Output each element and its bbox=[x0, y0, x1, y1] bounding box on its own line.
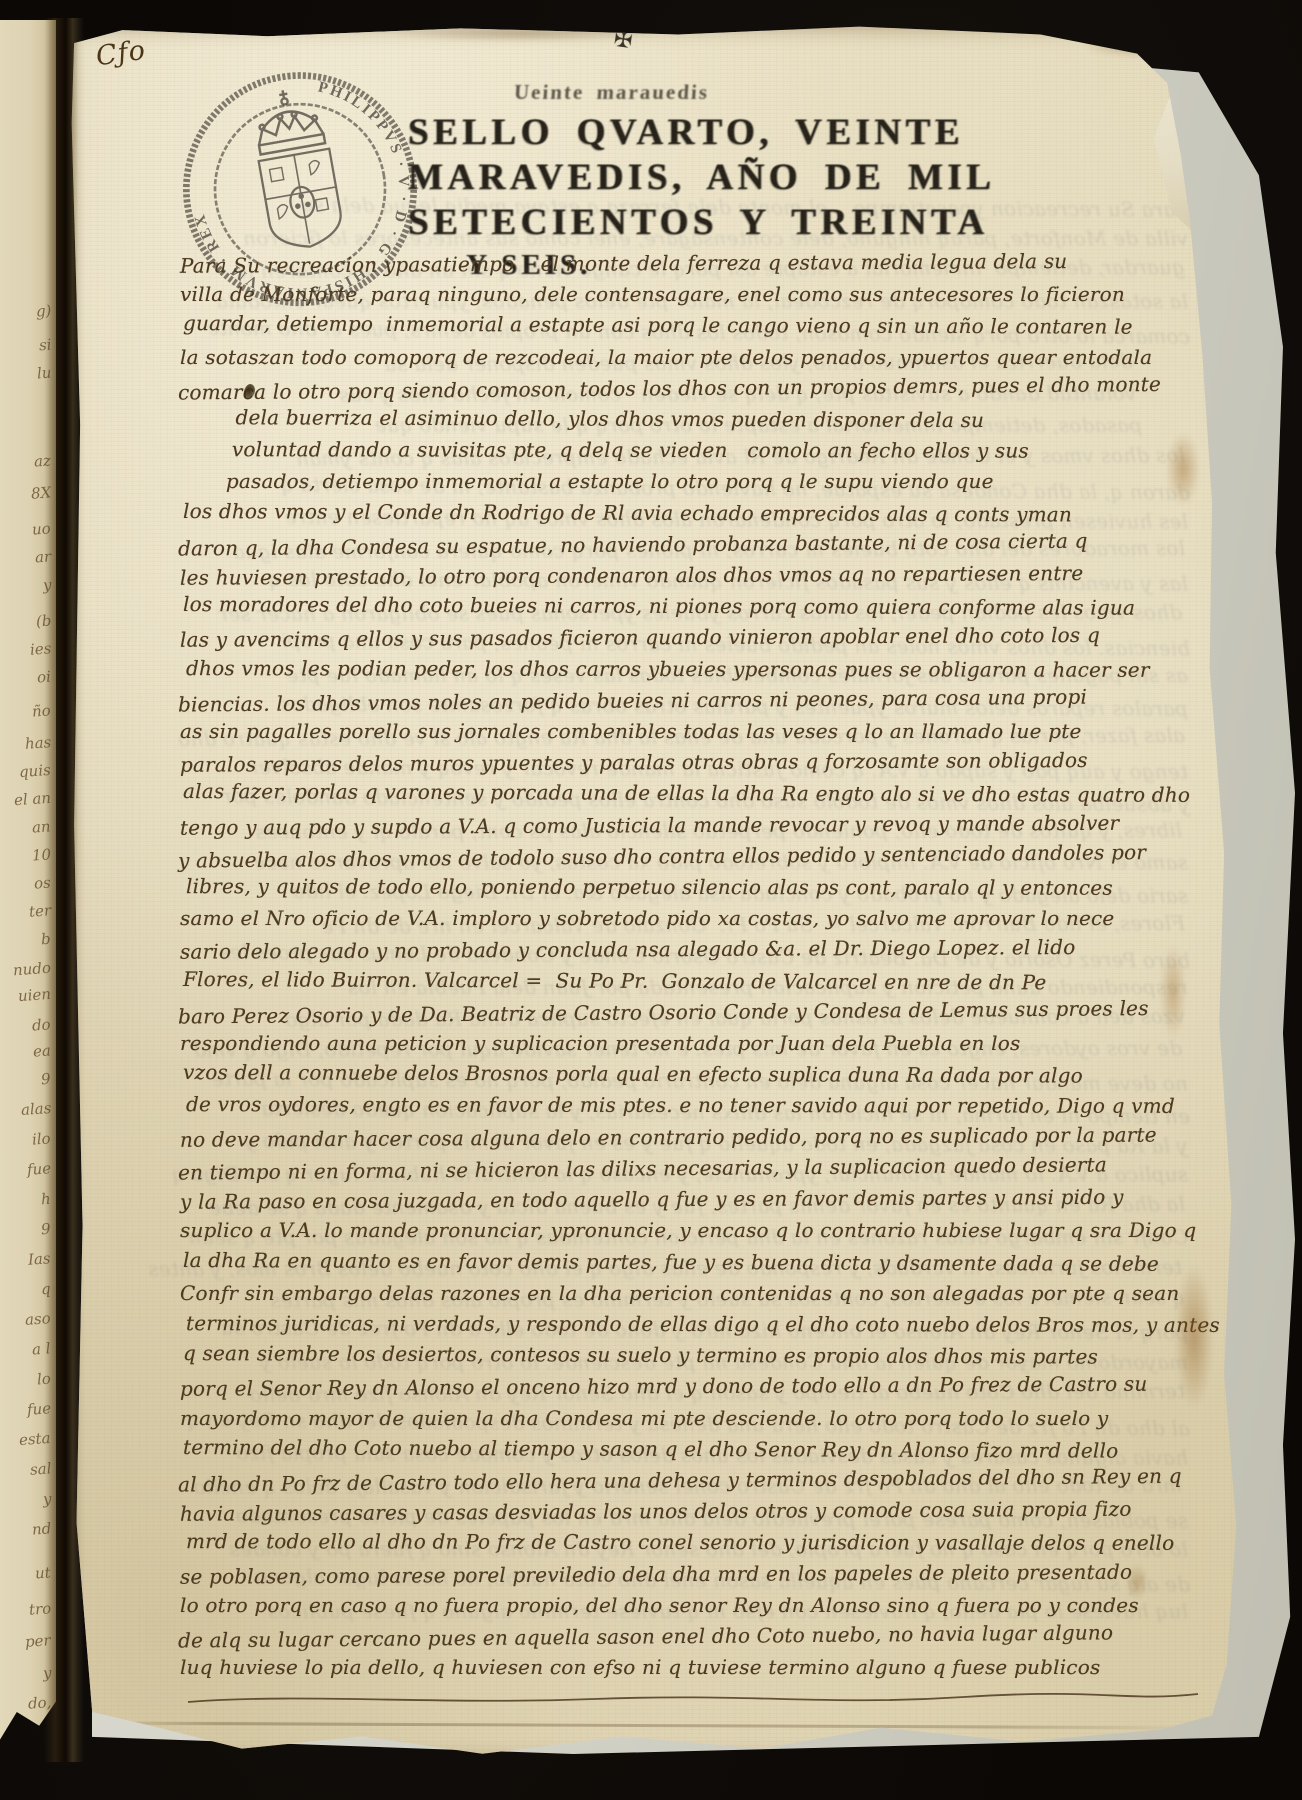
paper-crease bbox=[88, 1722, 1208, 1730]
manuscript-line: as sin pagalles porello sus jornales com… bbox=[180, 716, 1210, 747]
facing-page-text-fragment: oi bbox=[37, 670, 52, 686]
cross-icon: ✠ bbox=[612, 27, 634, 54]
manuscript-page: Cƒo ✠ PHILIPPVS · V · D · G · HISPANIARV… bbox=[62, 24, 1270, 1766]
manuscript-line: de vros oydores, engto es en favor de mi… bbox=[186, 1090, 1216, 1123]
facing-page-text-fragment: si bbox=[38, 338, 52, 354]
facing-page-text-fragment: el an bbox=[13, 791, 51, 809]
facing-page-text-fragment: g) bbox=[35, 303, 51, 319]
facing-page-text-fragment: ño bbox=[32, 703, 52, 719]
facing-page-text-fragment: do bbox=[32, 1017, 52, 1033]
manuscript-line: pasados, detiempo inmemorial a estapte l… bbox=[180, 466, 1210, 497]
manuscript-line: guardar, detiempo inmemorial a estapte a… bbox=[183, 308, 1213, 343]
manuscript-line: baro Perez Osorio y de Da. Beatriz de Ca… bbox=[178, 992, 1208, 1032]
seal-crown bbox=[250, 85, 325, 155]
facing-page-text-fragment: 10 bbox=[31, 847, 51, 863]
facing-page-text-fragment: ut bbox=[35, 1565, 52, 1581]
closing-pen-rule bbox=[184, 1684, 1204, 1712]
facing-page-text-fragment: b bbox=[41, 932, 52, 948]
manuscript-line: dela buerriza el asiminuo dello, ylos dh… bbox=[183, 402, 1213, 437]
manuscript-line: Para Su recreacion ypasatiempo el monte … bbox=[180, 245, 1210, 282]
manuscript-line: suplico a V.A. lo mande pronunciar, ypro… bbox=[180, 1215, 1210, 1246]
manuscript-line: respondiendo auna peticion y suplicacion… bbox=[180, 1028, 1210, 1059]
facing-page-text-fragment: ter bbox=[28, 903, 51, 920]
facing-page-text-fragment: aso bbox=[25, 1311, 52, 1328]
facing-page-text-fragment: per bbox=[25, 1633, 52, 1650]
facing-page-text-fragment: uien bbox=[18, 987, 52, 1004]
facing-page-text-fragment: an bbox=[32, 819, 52, 835]
facing-page-text-fragment: os bbox=[34, 875, 52, 891]
facing-page-text-fragment: esta bbox=[19, 1431, 52, 1448]
ghost-line: Para Su recreacion ypasatiempo el monte … bbox=[158, 189, 1188, 226]
facing-page-text-fragment: fue bbox=[26, 1161, 51, 1178]
manuscript-line: biencias. los dhos vmos noles an pedido … bbox=[178, 680, 1208, 720]
facing-page-text-fragment: y bbox=[42, 1492, 52, 1508]
manuscript-line: voluntad dando a suvisitas pte, q delq s… bbox=[186, 434, 1216, 467]
facing-page-text-fragment: a l bbox=[32, 1341, 52, 1357]
manuscript-line: mayordomo mayor de quien la dha Condesa … bbox=[180, 1403, 1210, 1434]
manuscript-line: alas fazer, porlas q varones y porcada u… bbox=[183, 776, 1213, 811]
facing-page-text-fragment: az bbox=[34, 453, 52, 469]
manuscript-line: la dha Ra en quanto es en favor demis pa… bbox=[183, 1245, 1213, 1280]
manuscript-line: y la Ra paso en cosa juzgada, en todo aq… bbox=[180, 1181, 1210, 1218]
manuscript-line: sario delo alegado y no probado y conclu… bbox=[180, 932, 1210, 969]
printed-control-line: Ueinte marauedis bbox=[513, 80, 710, 105]
facing-page-text-fragment: fue bbox=[26, 1401, 51, 1418]
manuscript-line: les huviesen prestado, lo otro porq cond… bbox=[180, 557, 1210, 594]
folio-mark: Cƒo bbox=[94, 35, 148, 73]
facing-page-text-fragment: lo bbox=[37, 1372, 52, 1388]
facing-page-text-fragment: q bbox=[41, 1282, 52, 1298]
manuscript-line: q sean siembre los desiertos, contesos s… bbox=[183, 1338, 1213, 1373]
manuscript-line: mrd de todo ello al dho dn Po frz de Cas… bbox=[186, 1526, 1216, 1559]
manuscript-line: libres, y quitos de todo ello, poniendo … bbox=[186, 871, 1216, 904]
facing-page-text-fragment: h bbox=[41, 1192, 52, 1208]
manuscript-line: samo el Nro oficio de V.A. imploro y sob… bbox=[180, 903, 1210, 934]
facing-page-text-fragment: nd bbox=[31, 1521, 51, 1537]
manuscript-text: Para Su recreacion ypasatiempo el monte … bbox=[180, 248, 1210, 1683]
facing-page-sliver: g)siluaz8Xuoary(biesoiñohasquisel anan10… bbox=[0, 20, 56, 1750]
manuscript-line: lo otro porq en caso q no fuera propio, … bbox=[180, 1590, 1210, 1621]
facing-page-text-fragment: uo bbox=[32, 521, 52, 537]
facing-page-text-fragment: ar bbox=[34, 549, 51, 565]
facing-page-text-fragment: quis bbox=[19, 763, 52, 780]
facing-page-text-fragment: ies bbox=[29, 641, 51, 657]
facing-page-text-fragment: 8X bbox=[30, 485, 51, 501]
facing-page-text-fragment: 9 bbox=[41, 1222, 52, 1238]
facing-page-text-fragment: Ias bbox=[28, 1251, 52, 1268]
facing-page-text-fragment: 9 bbox=[41, 1072, 52, 1088]
facing-page-text-fragment: ea bbox=[33, 1043, 52, 1059]
manuscript-line: porq el Senor Rey dn Alonso el onceno hi… bbox=[180, 1369, 1210, 1406]
manuscript-line: la sotaszan todo comoporq de rezcodeai, … bbox=[180, 342, 1210, 373]
edge-stain bbox=[1082, 32, 1202, 58]
facing-page-text-fragment: alas bbox=[20, 1101, 51, 1118]
heading-line: SELLO QVARTO, VEINTE bbox=[408, 110, 996, 155]
manuscript-line: havia algunos casares y casas desviadas … bbox=[180, 1493, 1210, 1530]
facing-page-text-fragment: do, bbox=[27, 1695, 51, 1712]
manuscript-line: terminos juridicas, ni verdads, y respon… bbox=[186, 1308, 1216, 1341]
facing-page-text-fragment: has bbox=[24, 735, 51, 752]
facing-page-text-fragment: nudo bbox=[13, 961, 52, 979]
manuscript-line: se poblasen, como parese porel previledi… bbox=[180, 1556, 1210, 1593]
facing-page-text-fragment: tro bbox=[28, 1601, 51, 1618]
manuscript-line: luq huviese lo pia dello, q huviesen con… bbox=[180, 1652, 1210, 1683]
manuscript-line: las y avencims q ellos y sus pasados fic… bbox=[180, 620, 1210, 657]
manuscript-line: de alq su lugar cercano pues en aquella … bbox=[178, 1616, 1208, 1656]
facing-page-text-fragment: y bbox=[42, 1666, 52, 1682]
manuscript-line: Confr sin embargo delas razones en la dh… bbox=[180, 1278, 1210, 1309]
facing-page-text-fragment: y bbox=[42, 578, 52, 594]
manuscript-line: villa de Monforte, paraq ninguno, dele c… bbox=[180, 279, 1210, 310]
facing-page-text-fragment: (b bbox=[35, 613, 51, 629]
manuscript-line: vzos dell a connuebe delos Brosnos porla… bbox=[183, 1057, 1213, 1092]
facing-page-text-fragment: ilo bbox=[32, 1131, 52, 1147]
facing-page-text-fragment: lu bbox=[36, 366, 51, 382]
facing-page-text-fragment: sal bbox=[29, 1461, 51, 1477]
